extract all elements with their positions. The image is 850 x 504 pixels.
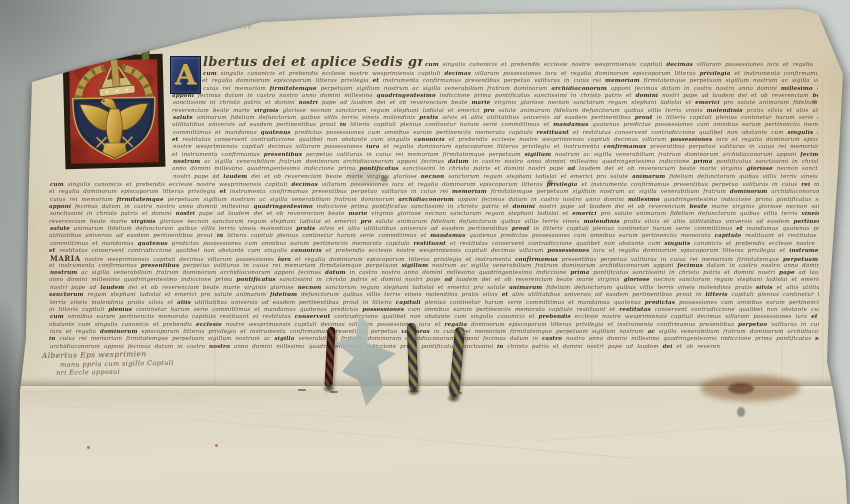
red-speck: [87, 446, 90, 449]
subscription-line: nri Eccle apposui: [56, 367, 174, 378]
notary-subscription: Albertus Eps wesprimien manu ppria cum s…: [42, 350, 174, 378]
crease-line: [47, 406, 407, 421]
opening-line-continuation: cum singulis canonicis et prebendis eccl…: [424, 60, 817, 70]
archival-number: N 469: [220, 23, 253, 31]
crease-line: [537, 420, 836, 443]
crease-line: [822, 80, 825, 380]
parchment-wrap: N 469: [0, 0, 850, 504]
cord-slit: [298, 389, 306, 391]
charter-text-block-main: cum singulis canonicis et prebendis eccl…: [49, 182, 819, 352]
red-speck: [215, 444, 218, 447]
tassel-icon: [142, 50, 149, 60]
photograph-of-charter: N 469: [0, 0, 850, 504]
plica-fold: [17, 385, 849, 504]
coat-of-arms-illumination: [62, 50, 167, 172]
parchment-sheet: N 469: [0, 0, 850, 504]
ink-smudge: [737, 407, 745, 417]
tassel-icon: [76, 52, 83, 62]
seal-cord-dark: [324, 327, 335, 387]
opening-intitulatio: lbertus dei et aplice Sedis gratia: [203, 55, 423, 71]
charter-text-block-beside-arms: cum singulis canonicis et prebendis eccl…: [172, 71, 818, 182]
brown-stain: [728, 383, 754, 394]
